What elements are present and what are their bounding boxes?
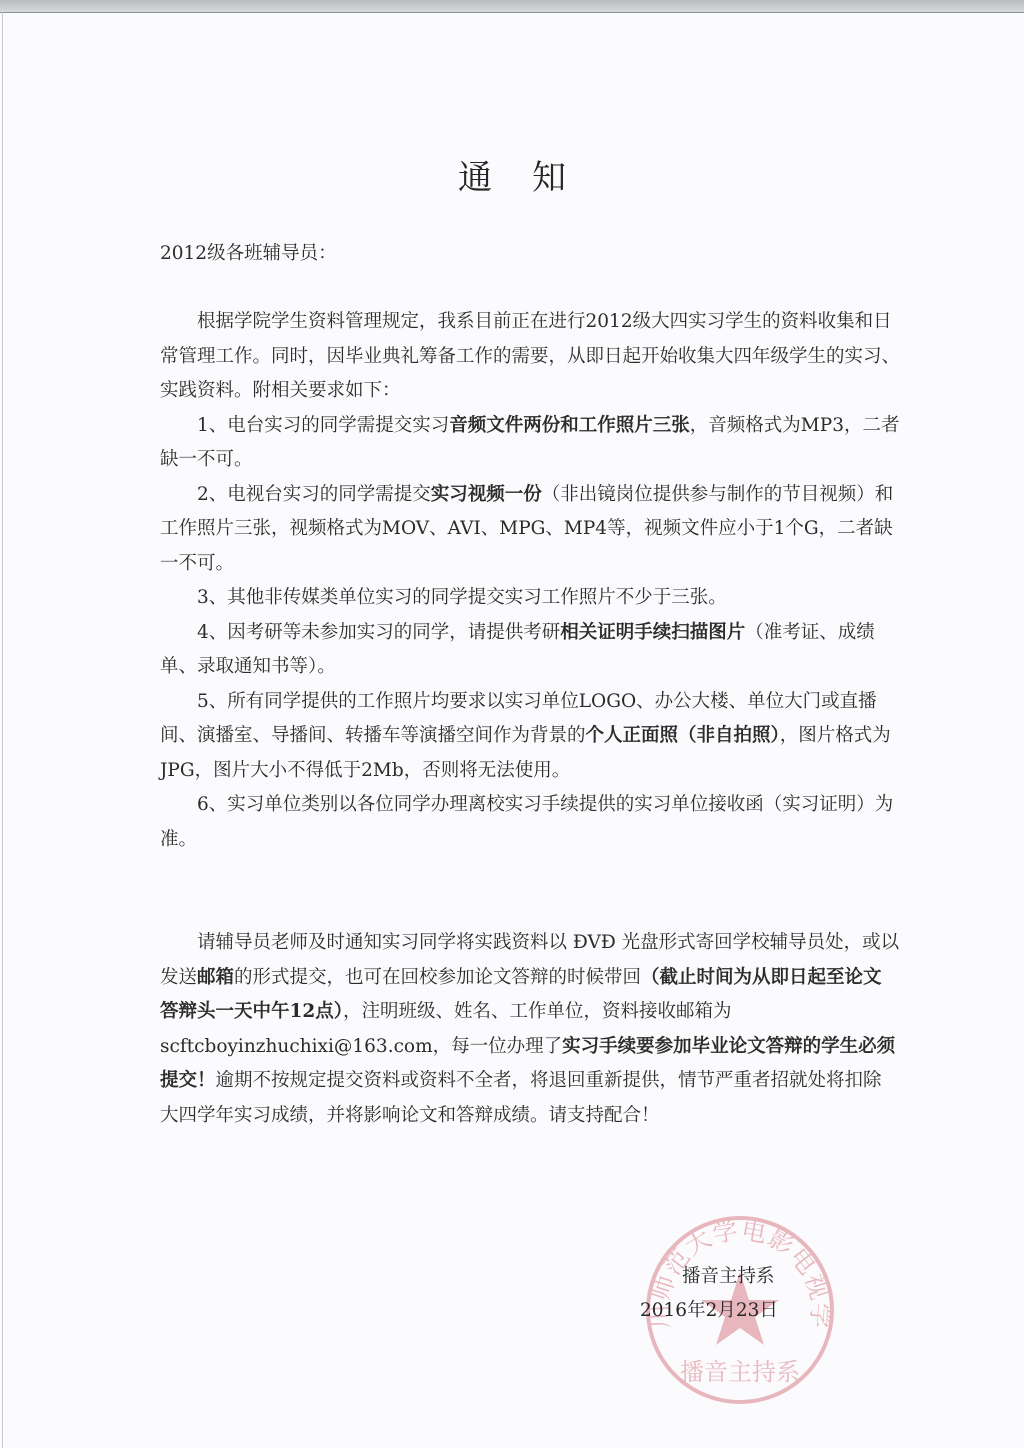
signature-date: 2016年2月23日: [640, 1296, 778, 1322]
svg-text:播音主持系: 播音主持系: [680, 1358, 800, 1386]
closing-section: 请辅导员老师及时通知实习同学将实践资料以 ĐVĐ 光盘形式寄回学校辅导员处，或以…: [160, 926, 900, 1133]
requirement-4: 4、因考研等未参加实习的同学，请提供考研相关证明手续扫描图片（准考证、成绩单、录…: [160, 616, 900, 685]
signature-department: 播音主持系: [682, 1262, 775, 1288]
requirement-5: 5、所有同学提供的工作照片均要求以实习单位LOGO、办公大楼、单位大门或直播间、…: [160, 685, 900, 789]
requirement-1: 1、电台实习的同学需提交实习音频文件两份和工作照片三张，音频格式为MP3，二者缺…: [160, 409, 900, 478]
salutation: 2012级各班辅导员：: [160, 237, 900, 272]
page-title: 通知: [0, 150, 1024, 199]
closing-paragraph: 请辅导员老师及时通知实习同学将实践资料以 ĐVĐ 光盘形式寄回学校辅导员处，或以…: [160, 926, 900, 1133]
intro-paragraph: 根据学院学生资料管理规定，我系目前正在进行2012级大四实习学生的资料收集和日常…: [160, 305, 900, 409]
notice-page: 通知 2012级各班辅导员： 根据学院学生资料管理规定，我系目前正在进行2012…: [0, 0, 1024, 1448]
requirement-6: 6、实习单位类别以各位同学办理离校实习手续提供的实习单位接收函（实习证明）为准。: [160, 788, 900, 857]
requirement-3: 3、其他非传媒类单位实习的同学提交实习工作照片不少于三张。: [160, 581, 900, 616]
requirements-section: 根据学院学生资料管理规定，我系目前正在进行2012级大四实习学生的资料收集和日常…: [160, 305, 900, 857]
requirement-2: 2、电视台实习的同学需提交实习视频一份（非出镜岗位提供参与制作的节目视频）和工作…: [160, 478, 900, 582]
title-char-1: 通: [458, 150, 492, 199]
title-char-2: 知: [532, 150, 566, 199]
